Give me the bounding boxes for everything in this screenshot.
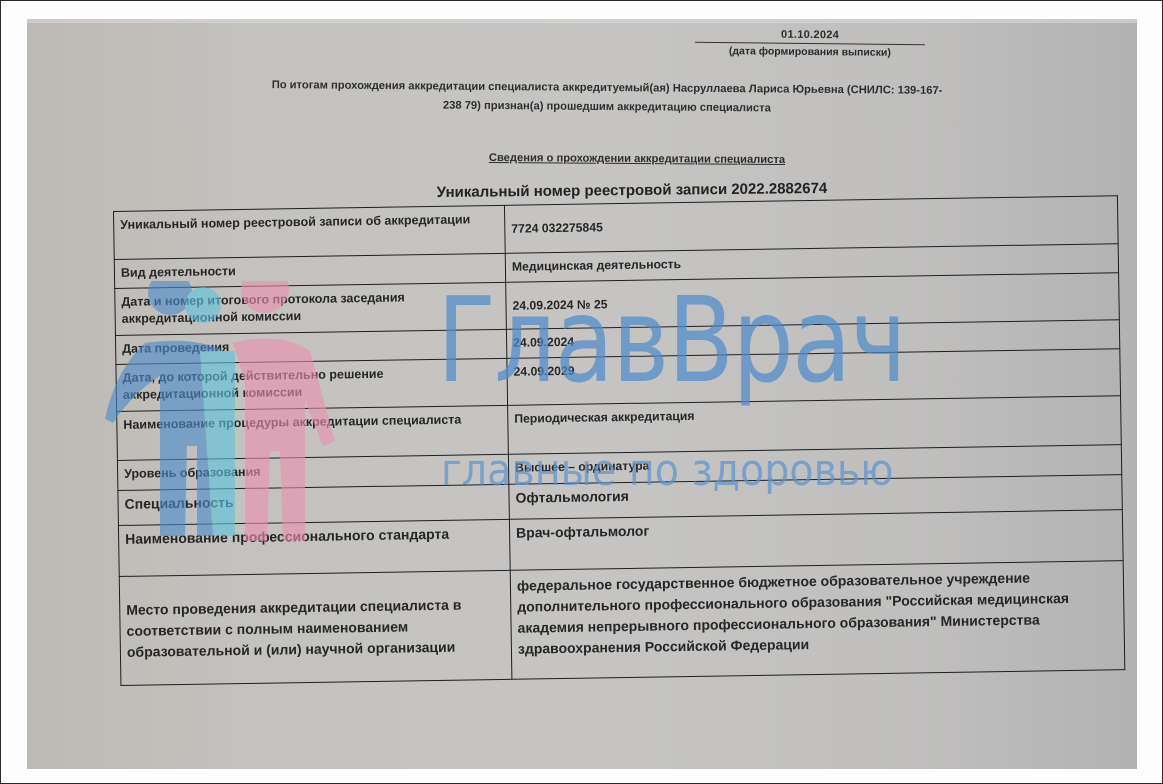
issue-date: 01.10.2024: [695, 28, 925, 42]
row-key: Место проведения аккредитации специалист…: [119, 570, 512, 685]
issue-date-caption: (дата формирования выписки): [695, 45, 925, 59]
document-photo: 01.10.2024 (дата формирования выписки) П…: [27, 19, 1137, 769]
two-people-icon: [105, 281, 335, 541]
intro-paragraph: По итогам прохождения аккредитации специ…: [157, 75, 1057, 121]
table-row: Место проведения аккредитации специалист…: [119, 561, 1125, 686]
issue-date-block: 01.10.2024 (дата формирования выписки): [695, 28, 925, 59]
watermark-tagline: главные по здоровью: [441, 449, 894, 493]
accreditation-extract: 01.10.2024 (дата формирования выписки) П…: [27, 19, 1137, 769]
row-value: федеральное государственное бюджетное об…: [510, 561, 1125, 680]
record-number-title: Уникальный номер реестровой записи 2022.…: [382, 179, 882, 201]
row-key: Уникальный номер реестровой записи об ак…: [114, 205, 506, 259]
image-frame: 01.10.2024 (дата формирования выписки) П…: [0, 0, 1163, 784]
watermark-brand: ГлавВрач: [437, 281, 905, 399]
section-title: Сведения о прохождении аккредитации спец…: [427, 152, 847, 167]
